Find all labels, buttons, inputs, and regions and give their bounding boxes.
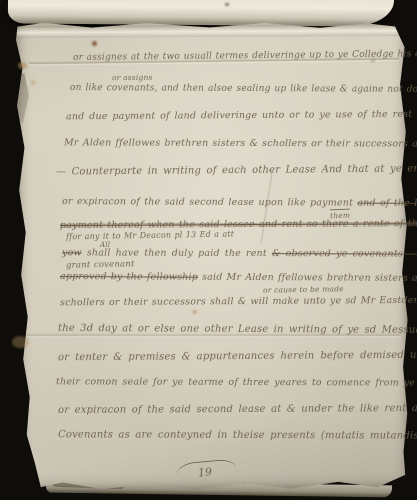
- horizontal-crease: [26, 333, 400, 338]
- manuscript-page: [13, 19, 409, 491]
- torn-edge-flap: [13, 73, 29, 123]
- manuscript-photo: or assignes at the two usuall termes del…: [0, 0, 417, 500]
- curled-previous-leaf: [8, 0, 394, 27]
- paper-fold-highlight: [13, 24, 407, 38]
- horizontal-crease: [29, 57, 399, 67]
- page-number: 19: [197, 465, 212, 479]
- diagonal-crease: [260, 170, 273, 243]
